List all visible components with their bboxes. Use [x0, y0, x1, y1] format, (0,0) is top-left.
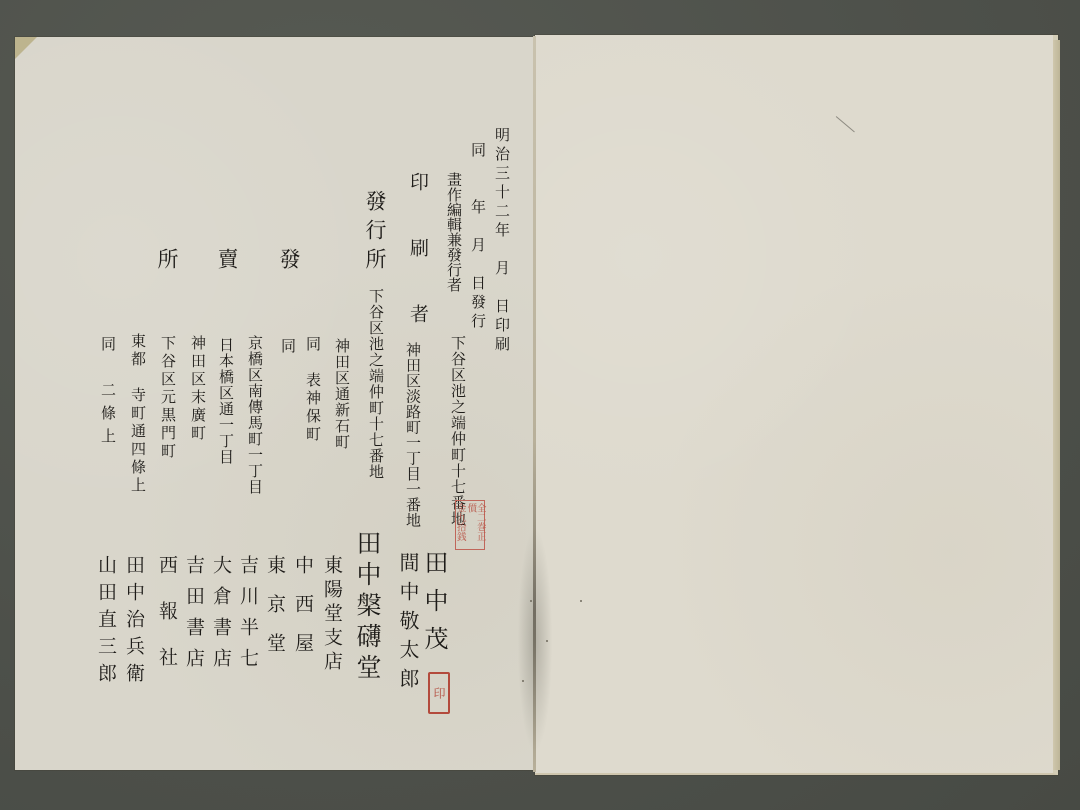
page-edge [1053, 40, 1060, 770]
paper-speck [522, 680, 524, 682]
seller-name: 東京堂 [265, 555, 284, 672]
publisher-name: 田中槃礴堂 [355, 530, 380, 685]
seller-name: 西報社 [157, 555, 176, 693]
sellers-heading-2: 賣 [216, 248, 237, 269]
author-label: 畫作編輯兼發行者 [446, 172, 461, 292]
seller-name: 吉川半七 [238, 555, 257, 679]
author-name: 田中茂 [422, 550, 446, 664]
seller-address: 東都 寺町通四條上 [130, 333, 145, 495]
seller-address: 日本橋区通一丁目 [218, 337, 233, 465]
price-seal-line2: 金九拾銭 [455, 503, 465, 547]
publish-date: 同 年 月 日發行 [470, 142, 485, 332]
seller-name: 東陽堂支店 [322, 555, 341, 675]
paper-speck [546, 640, 548, 642]
seller-address: 下谷区元黒門町 [160, 335, 175, 461]
right-page [535, 35, 1058, 775]
publisher-address: 下谷区池之端仲町十七番地 [368, 288, 383, 480]
seller-name: 中西屋 [293, 555, 312, 672]
sellers-heading-3: 所 [156, 248, 177, 269]
corner-fold [15, 37, 37, 59]
paper-speck [580, 600, 582, 602]
publisher-label: 發行所 [364, 190, 385, 277]
paper-speck [530, 600, 532, 602]
author-seal-stamp: 印 [428, 672, 450, 714]
sellers-heading-1: 發 [278, 248, 299, 269]
price-seal: 全二巻正價 金九拾銭 [455, 500, 485, 550]
print-date: 明治三十二年 月 日印刷 [494, 127, 509, 355]
seller-name: 田中治兵衛 [124, 555, 143, 690]
author-address: 下谷区池之端仲町十七番地 [450, 335, 465, 527]
seller-name: 山田直三郎 [96, 555, 115, 690]
seller-address: 神田区通新石町 [334, 338, 349, 450]
seller-address: 同 表神保町 [305, 336, 320, 444]
seller-name: 吉田書店 [184, 555, 203, 679]
price-seal-line1: 全二巻正價 [466, 503, 485, 547]
seller-name: 大倉書店 [211, 555, 230, 679]
seller-address: 神田区末廣町 [190, 335, 205, 443]
printer-label: 印 刷 者 [408, 172, 427, 337]
printer-name: 間中敬太郎 [398, 552, 418, 697]
seller-address: 同 [280, 338, 295, 354]
seller-address: 京橋区南傳馬町一丁目 [247, 335, 262, 495]
seller-address: 同 二條上 [100, 336, 115, 451]
printer-address: 神田区淡路町一丁目一番地 [405, 342, 420, 528]
